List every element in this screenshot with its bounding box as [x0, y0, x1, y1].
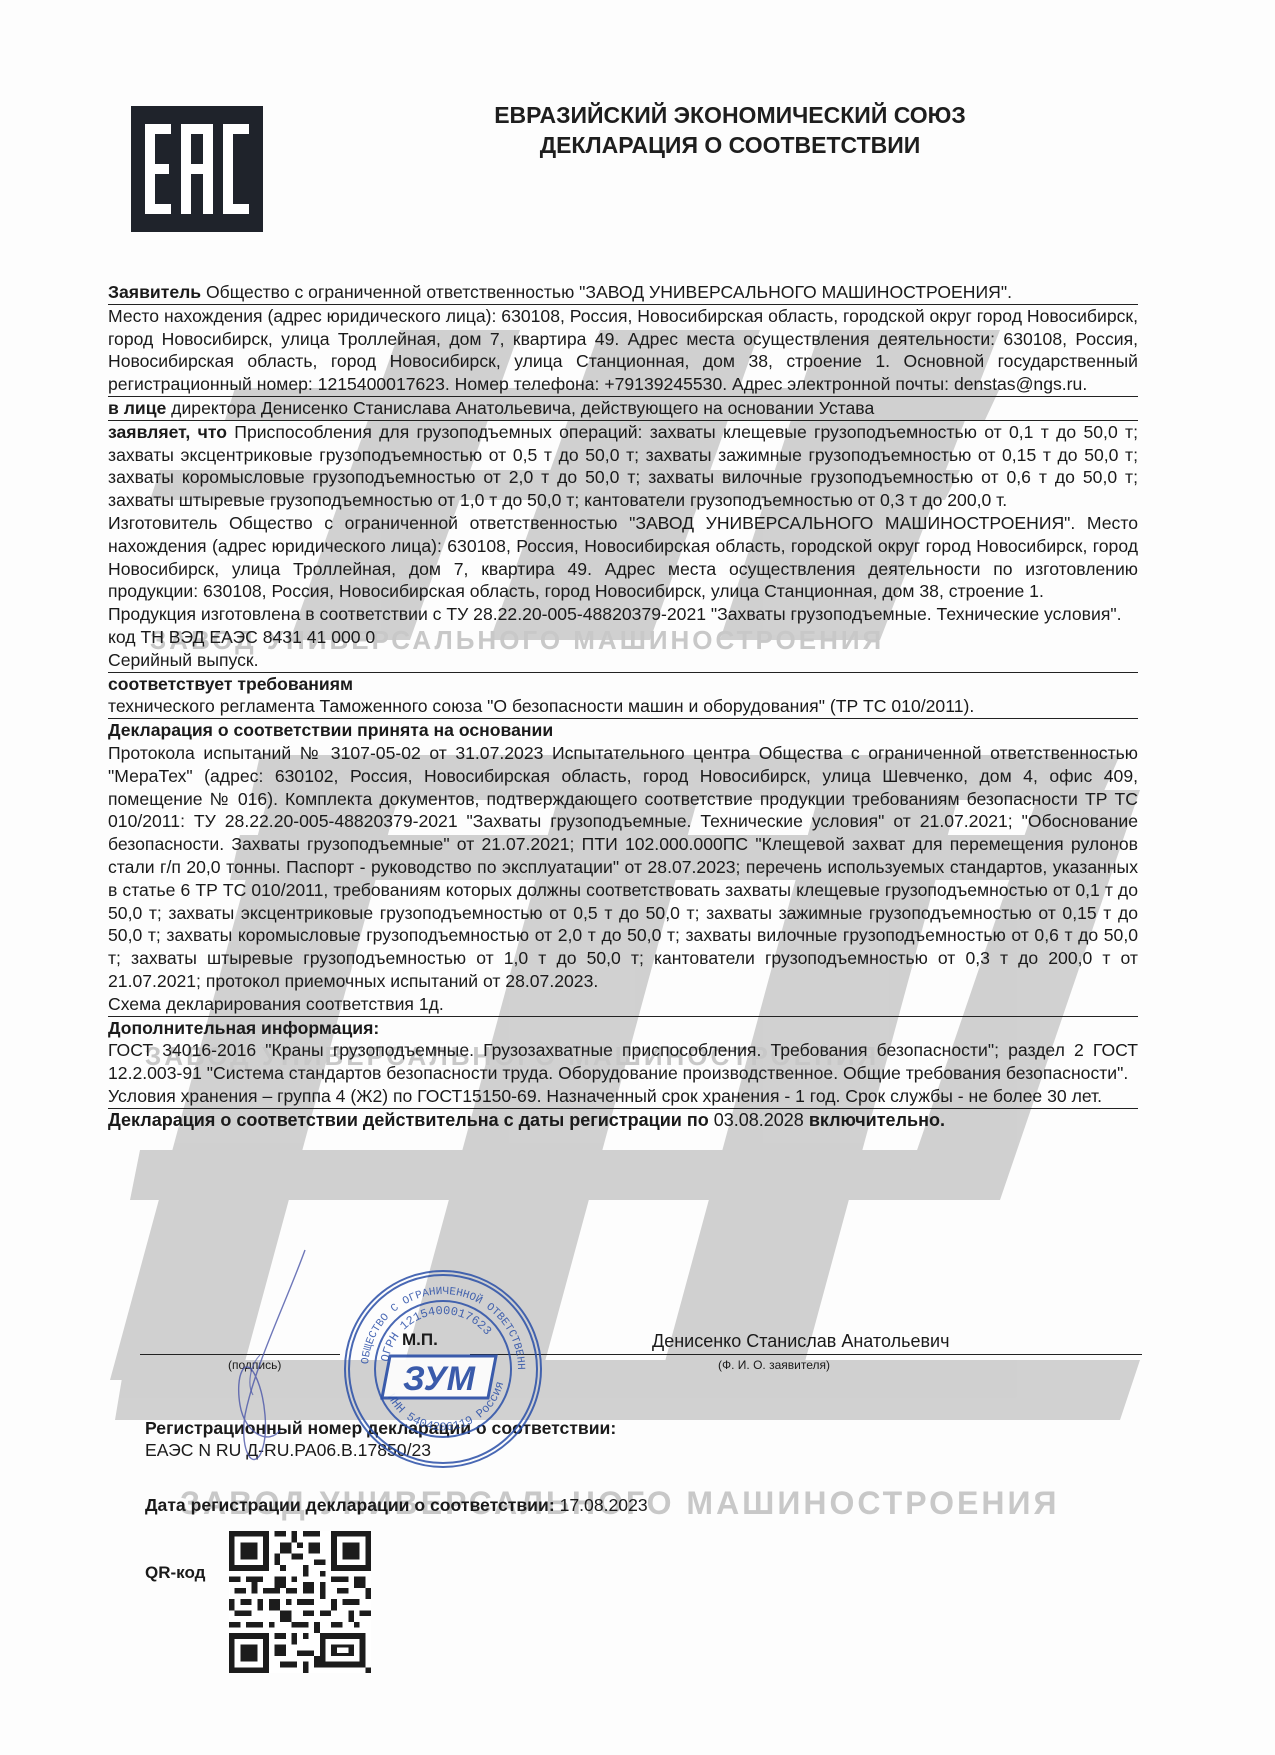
registration-date-label: Дата регистрации декларации о соответств… — [145, 1495, 555, 1515]
applicant-address: Место нахождения (адрес юридического лиц… — [108, 305, 1138, 397]
validity-date: 03.08.2028 — [714, 1110, 804, 1130]
declaration-page: ЗАВОД УНИВЕРСАЛЬНОГО МАШИНОСТРОЕНИЯ ЗАВО… — [0, 0, 1275, 1755]
hs-code: код ТН ВЭД ЕАЭС 8431 41 000 0 — [108, 626, 1138, 649]
technical-regulation: технического регламента Таможенного союз… — [108, 695, 1138, 719]
signatory-name: Денисенко Станислав Анатольевич — [652, 1331, 949, 1352]
applicant-label: Заявитель — [108, 282, 201, 302]
conformity-label: соответствует требованиям — [108, 673, 1138, 696]
stamp-seal-icon: ОБЩЕСТВО С ОГРАНИЧЕННОЙ ОТВЕТСТВЕННОСТЬЮ… — [338, 1264, 548, 1474]
declared-products: заявляет, что Приспособления для грузопо… — [108, 421, 1138, 512]
additional-info-label: Дополнительная информация: — [108, 1017, 1138, 1040]
signatory-caption: (Ф. И. О. заявителя) — [718, 1358, 830, 1372]
basis-label: Декларация о соответствии принята на осн… — [108, 719, 1138, 742]
declares-label: заявляет, что — [108, 422, 227, 442]
title-union: ЕВРАЗИЙСКИЙ ЭКОНОМИЧЕСКИЙ СОЮЗ — [420, 100, 1040, 130]
qr-code[interactable] — [229, 1531, 371, 1673]
qr-code-icon — [229, 1531, 371, 1673]
registration-date-block: Дата регистрации декларации о соответств… — [145, 1494, 648, 1516]
basis-documents: Протокола испытаний № 3107-05-02 от 31.0… — [108, 742, 1138, 993]
eac-logo — [131, 106, 263, 232]
representative-label: в лице — [108, 398, 166, 418]
qr-label: QR-код — [145, 1563, 205, 1583]
declaration-scheme: Схема декларирования соответствия 1д. — [108, 993, 1138, 1017]
manufacturer: Изготовитель Общество с ограниченной отв… — [108, 512, 1138, 603]
svg-text:ЗУМ: ЗУМ — [403, 1360, 476, 1398]
validity: Декларация о соответствии действительна … — [108, 1109, 1138, 1132]
registration-date: 17.08.2023 — [560, 1495, 648, 1515]
serial-release: Серийный выпуск. — [108, 649, 1138, 673]
declaration-body: Заявитель Общество с ограниченной ответс… — [108, 281, 1138, 1131]
handwritten-signature — [225, 1245, 345, 1475]
signature-scribble-icon — [225, 1245, 345, 1475]
document-title: ЕВРАЗИЙСКИЙ ЭКОНОМИЧЕСКИЙ СОЮЗ ДЕКЛАРАЦИ… — [420, 100, 1040, 160]
name-line — [470, 1354, 1142, 1355]
representative: в лице директора Денисенко Станислава Ан… — [108, 397, 1138, 421]
manufacturing-standard: Продукция изготовлена в соответствии с Т… — [108, 603, 1138, 626]
company-stamp: ОБЩЕСТВО С ОГРАНИЧЕННОЙ ОТВЕТСТВЕННОСТЬЮ… — [338, 1264, 548, 1474]
eac-mark-icon — [131, 106, 263, 232]
applicant-name: Заявитель Общество с ограниченной ответс… — [108, 281, 1138, 305]
title-declaration: ДЕКЛАРАЦИЯ О СООТВЕТСТВИИ — [420, 130, 1040, 160]
additional-info: ГОСТ 34016-2016 "Краны грузоподъемные. Г… — [108, 1039, 1138, 1085]
storage-conditions: Условия хранения – группа 4 (Ж2) по ГОСТ… — [108, 1085, 1138, 1109]
